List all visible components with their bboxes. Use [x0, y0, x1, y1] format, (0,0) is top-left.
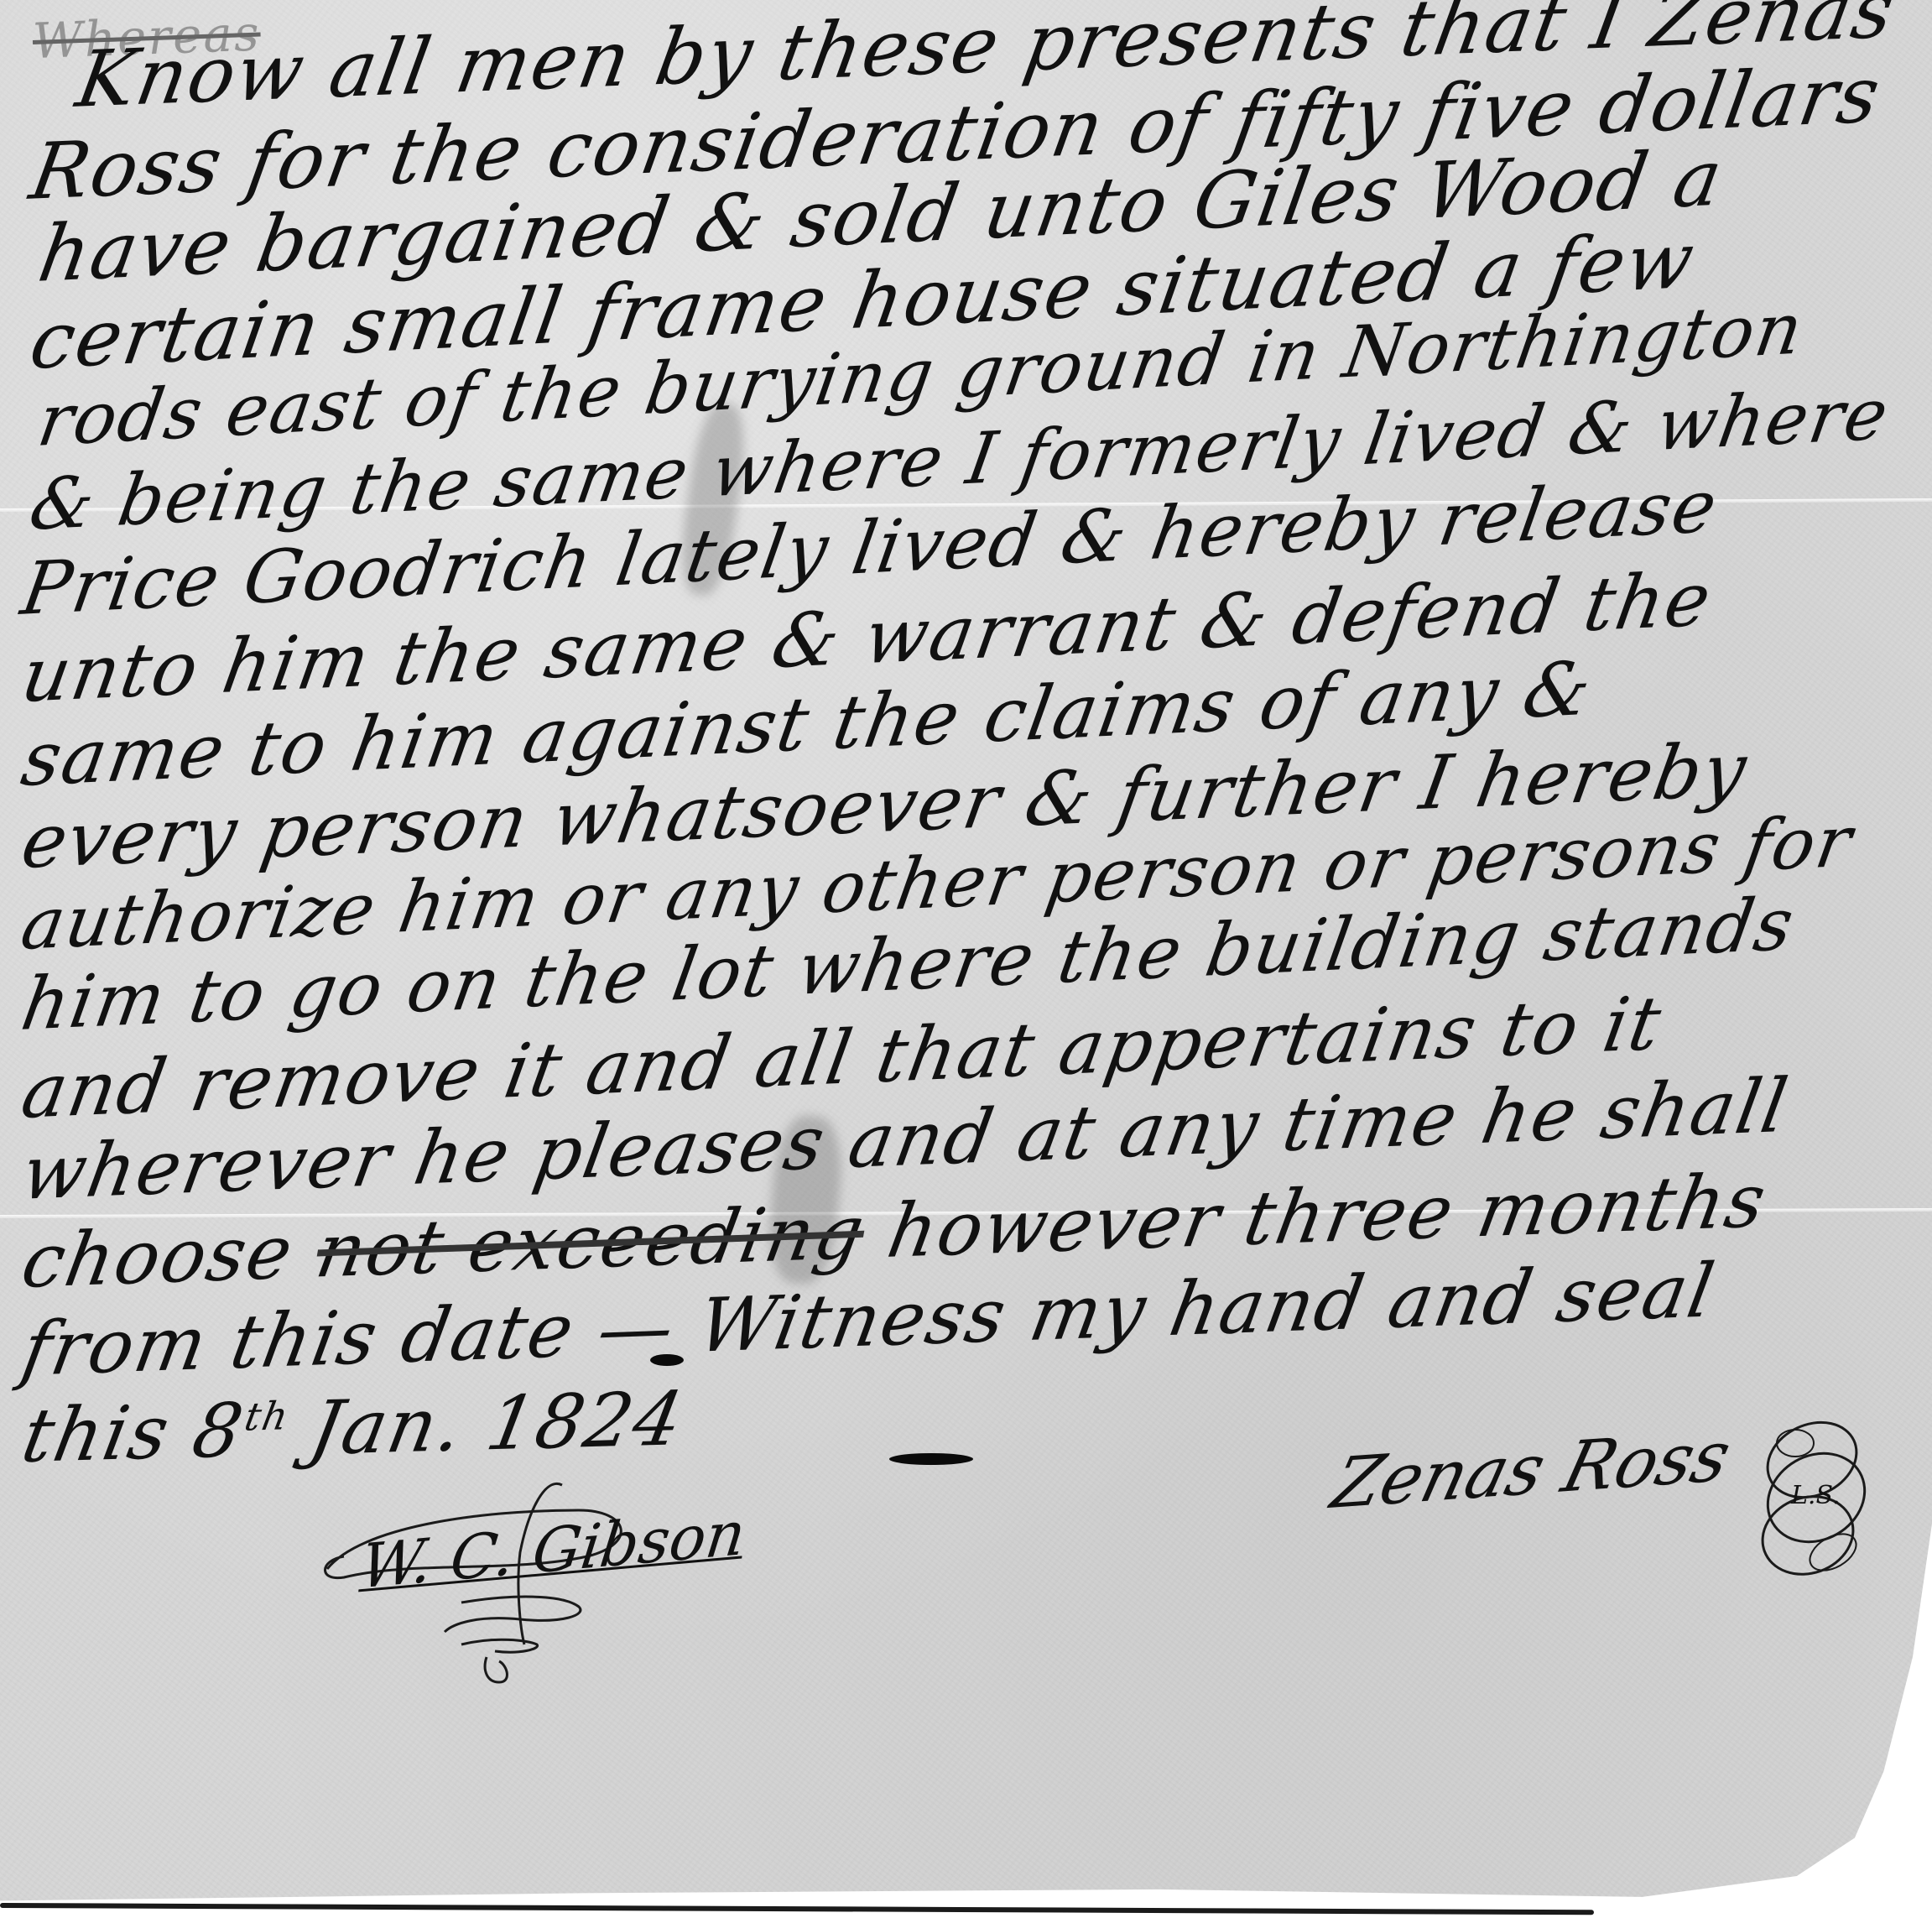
date-day-suffix: th [241, 1393, 293, 1440]
ink-dash [650, 1354, 684, 1366]
seal-label: L.S. [1790, 1481, 1840, 1510]
date-year: 1824 [480, 1375, 690, 1467]
grantor-signature: Zenas Ross [1324, 1416, 1738, 1525]
ink-dash [889, 1453, 973, 1465]
seal-scroll-icon: L.S. [1749, 1410, 1875, 1586]
paper-bottom-edge [0, 1903, 1594, 1915]
date-month: Jan. [304, 1381, 471, 1472]
document-paper: Whereas Know all men by these presents t… [0, 0, 1932, 1905]
text-line-15-prefix: choose [16, 1207, 325, 1305]
date-line: this 8th Jan. 1824 [17, 1382, 690, 1473]
date-prefix: this [16, 1388, 202, 1479]
